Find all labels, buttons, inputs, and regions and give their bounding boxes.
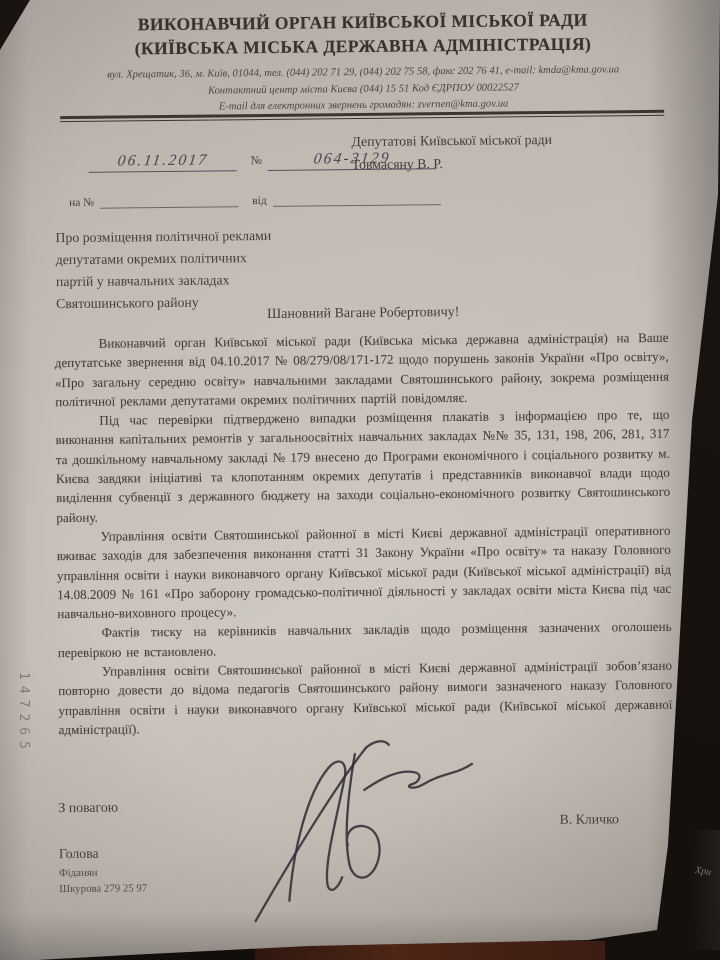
outgoing-number-handwritten: 064-3129 bbox=[312, 150, 391, 169]
body-paragraph: Управління освіти Святошинської районної… bbox=[56, 521, 671, 624]
reply-reference-row: на №від bbox=[69, 193, 441, 209]
signature-icon bbox=[236, 731, 490, 926]
body-paragraph: Під час перевірки підтверджено випадки р… bbox=[55, 405, 670, 527]
org-title-line2: (КИЇВСЬКА МІСЬКА ДЕРЖАВНА АДМІНІСТРАЦІЯ) bbox=[50, 31, 675, 62]
photographed-letter: Хри ВИКОНАВЧИЙ ОРГАН КИЇВСЬКОЇ МІСЬКОЇ Р… bbox=[0, 0, 720, 960]
reference-row: 06.11.2017№064-3129 bbox=[89, 149, 437, 173]
letter-body: Виконавчий орган Київської міської ради … bbox=[54, 328, 672, 740]
signer-position: Голова bbox=[59, 846, 99, 862]
outgoing-date-field: 06.11.2017 bbox=[89, 151, 237, 173]
reply-number-blank bbox=[100, 195, 238, 208]
body-paragraph: Фактів тиску на керівників навчальних за… bbox=[57, 617, 671, 662]
outgoing-number-field: 064-3129 bbox=[268, 149, 436, 171]
executor-name: Фіданян bbox=[59, 864, 147, 881]
body-paragraph: Виконавчий орган Київської міської ради … bbox=[54, 328, 669, 412]
letterhead: ВИКОНАВЧИЙ ОРГАН КИЇВСЬКОЇ МІСЬКОЇ РАДИ … bbox=[50, 7, 676, 118]
executor-block: Фіданян Шкурова 279 25 97 bbox=[59, 864, 147, 897]
margin-stamp-number: 147265 bbox=[16, 672, 31, 755]
closing-regards: З повагою bbox=[58, 800, 118, 817]
executor-phone: Шкурова 279 25 97 bbox=[59, 880, 147, 897]
reply-date-label: від bbox=[252, 195, 267, 207]
signature-handwritten bbox=[236, 731, 490, 926]
letter-content: ВИКОНАВЧИЙ ОРГАН КИЇВСЬКОЇ МІСЬКОЇ РАДИ … bbox=[0, 0, 720, 960]
reply-number-label: на № bbox=[69, 197, 94, 209]
reply-date-blank bbox=[273, 193, 441, 207]
subject-block: Про розміщення політичної реклами депута… bbox=[55, 224, 376, 315]
signer-name: В. Кличко bbox=[559, 811, 619, 828]
number-label: № bbox=[251, 153, 263, 167]
outgoing-date-handwritten: 06.11.2017 bbox=[116, 152, 209, 171]
body-paragraph: Управління освіти Святошинської районної… bbox=[58, 656, 673, 740]
